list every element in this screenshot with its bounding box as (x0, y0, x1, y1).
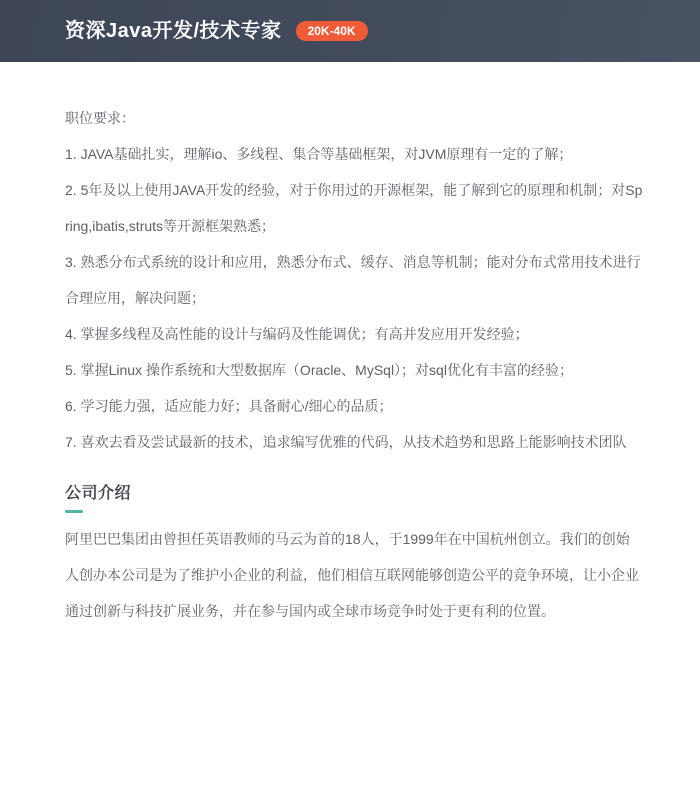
job-detail-content: 职位要求： 1. JAVA基础扎实，理解io、多线程、集合等基础框架，对JVM原… (0, 62, 700, 629)
requirement-item-4: 4. 掌握多线程及高性能的设计与编码及性能调优；有高并发应用开发经验； (65, 316, 643, 352)
section-accent-bar (65, 510, 83, 513)
company-intro-section: 公司介绍 阿里巴巴集团由曾担任英语教师的马云为首的18人，于1999年在中国杭州… (65, 484, 643, 629)
requirement-item-6: 6. 学习能力强，适应能力好；具备耐心/细心的品质； (65, 388, 643, 424)
company-section-title: 公司介绍 (65, 484, 643, 504)
requirement-item-2: 2. 5年及以上使用JAVA开发的经验，对于你用过的开源框架，能了解到它的原理和… (65, 172, 643, 244)
job-title: 资深Java开发/技术专家 (65, 21, 282, 41)
salary-badge: 20K-40K (296, 21, 368, 41)
requirement-item-7: 7. 喜欢去看及尝试最新的技术，追求编写优雅的代码，从技术趋势和思路上能影响技术… (65, 424, 643, 460)
requirement-item-1: 1. JAVA基础扎实，理解io、多线程、集合等基础框架，对JVM原理有一定的了… (65, 136, 643, 172)
job-detail-page: 资深Java开发/技术专家 20K-40K 职位要求： 1. JAVA基础扎实，… (0, 0, 700, 791)
job-header: 资深Java开发/技术专家 20K-40K (0, 0, 700, 62)
job-requirements-section: 职位要求： 1. JAVA基础扎实，理解io、多线程、集合等基础框架，对JVM原… (65, 100, 643, 460)
company-description: 阿里巴巴集团由曾担任英语教师的马云为首的18人，于1999年在中国杭州创立。我们… (65, 521, 643, 629)
requirements-label: 职位要求： (65, 100, 643, 136)
requirement-item-3: 3. 熟悉分布式系统的设计和应用，熟悉分布式、缓存、消息等机制；能对分布式常用技… (65, 244, 643, 316)
requirement-item-5: 5. 掌握Linux 操作系统和大型数据库（Oracle、MySql）；对sql… (65, 352, 643, 388)
